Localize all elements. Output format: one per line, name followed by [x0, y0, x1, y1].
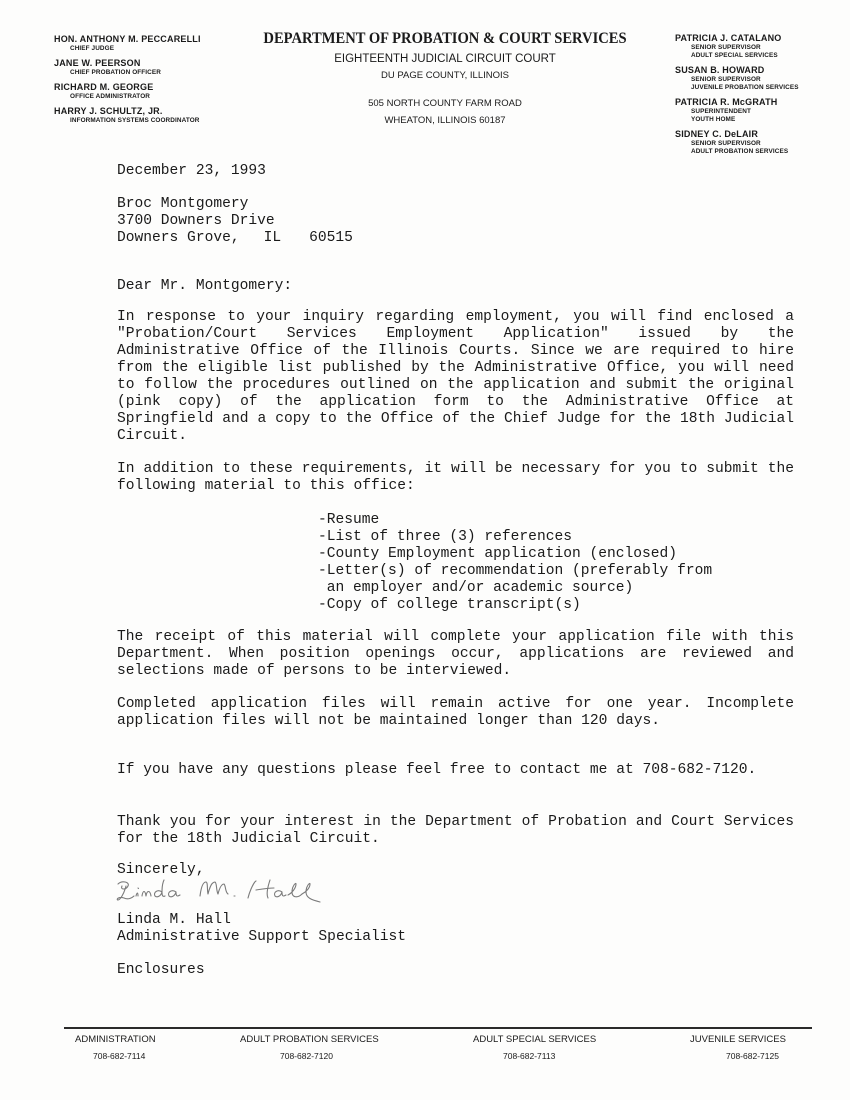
letter-date: December 23, 1993: [117, 163, 794, 180]
recipient-zip: 60515: [309, 230, 353, 246]
official-chief-probation-officer: JANE W. PEERSON CHIEF PROBATION OFFICER: [54, 58, 274, 77]
footer-division: ADMINISTRATION: [75, 1034, 156, 1046]
footer-phone: 708-682-7125: [690, 1050, 786, 1062]
official-adult-special-services: PATRICIA J. CATALANO SENIOR SUPERVISOR A…: [675, 33, 850, 60]
official-juvenile-probation: SUSAN B. HOWARD SENIOR SUPERVISOR JUVENI…: [675, 65, 850, 92]
footer-administration: ADMINISTRATION 708-682-7114: [75, 1034, 156, 1062]
official-division: ADULT SPECIAL SERVICES: [675, 52, 850, 60]
official-chief-judge: HON. ANTHONY M. PECCARELLI CHIEF JUDGE: [54, 34, 274, 53]
list-item: an employer and/or academic source): [318, 580, 712, 597]
footer-division: ADULT SPECIAL SERVICES: [473, 1034, 596, 1046]
footer-phone: 708-682-7113: [473, 1050, 596, 1062]
recipient-address: Broc Montgomery 3700 Downers Drive Downe…: [117, 196, 794, 247]
official-division: JUVENILE PROBATION SERVICES: [675, 84, 850, 92]
list-item: -County Employment application (enclosed…: [318, 546, 712, 563]
paragraph-thanks: Thank you for your interest in the Depar…: [117, 814, 794, 848]
recipient-city-line: Downers Grove,IL60515: [117, 230, 794, 247]
county-name: DU PAGE COUNTY, ILLINOIS: [250, 70, 640, 82]
salutation: Dear Mr. Montgomery:: [117, 278, 794, 295]
official-title: CHIEF PROBATION OFFICER: [54, 69, 274, 77]
official-name: RICHARD M. GEORGE: [54, 82, 274, 93]
requirements-list: -Resume -List of three (3) references -C…: [318, 512, 712, 614]
paragraph-application-instructions: In response to your inquiry regarding em…: [117, 309, 794, 445]
footer-adult-special: ADULT SPECIAL SERVICES 708-682-7113: [473, 1034, 596, 1062]
official-name: PATRICIA R. McGRATH: [675, 97, 850, 108]
official-title: OFFICE ADMINISTRATOR: [54, 93, 274, 101]
footer-juvenile: JUVENILE SERVICES 708-682-7125: [690, 1034, 786, 1062]
official-name: SIDNEY C. DeLAIR: [675, 129, 850, 140]
office-address-city: WHEATON, ILLINOIS 60187: [250, 115, 640, 127]
court-name: EIGHTEENTH JUDICIAL CIRCUIT COURT: [250, 52, 640, 66]
footer-phone: 708-682-7120: [240, 1050, 379, 1062]
footer-divider: [64, 1027, 812, 1029]
official-info-systems-coordinator: HARRY J. SCHULTZ, JR. INFORMATION SYSTEM…: [54, 106, 274, 125]
signer-title: Administrative Support Specialist: [117, 929, 794, 946]
recipient-city: Downers Grove,: [117, 230, 240, 246]
official-name: HON. ANTHONY M. PECCARELLI: [54, 34, 274, 45]
department-name: DEPARTMENT OF PROBATION & COURT SERVICES: [262, 30, 629, 48]
list-item: -Letter(s) of recommendation (preferably…: [318, 563, 712, 580]
official-name: JANE W. PEERSON: [54, 58, 274, 69]
official-name: PATRICIA J. CATALANO: [675, 33, 850, 44]
footer-adult-probation: ADULT PROBATION SERVICES 708-682-7120: [240, 1034, 379, 1062]
recipient-street: 3700 Downers Drive: [117, 213, 794, 230]
list-item: -Copy of college transcript(s): [318, 597, 712, 614]
official-division: ADULT PROBATION SERVICES: [675, 148, 850, 156]
paragraph-additional-requirements: In addition to these requirements, it wi…: [117, 461, 794, 495]
paragraph-receipt: The receipt of this material will comple…: [117, 629, 794, 680]
letterhead-left-officials: HON. ANTHONY M. PECCARELLI CHIEF JUDGE J…: [54, 34, 274, 130]
office-address-street: 505 NORTH COUNTY FARM ROAD: [250, 98, 640, 110]
footer-phone: 708-682-7114: [75, 1050, 156, 1062]
list-item: -Resume: [318, 512, 712, 529]
letterhead-right-officials: PATRICIA J. CATALANO SENIOR SUPERVISOR A…: [675, 33, 850, 161]
signer-name: Linda M. Hall: [117, 912, 794, 929]
list-item: -List of three (3) references: [318, 529, 712, 546]
handwritten-signature: [114, 876, 404, 910]
enclosures-note: Enclosures: [117, 962, 794, 979]
official-division: YOUTH HOME: [675, 116, 850, 124]
official-title: SENIOR SUPERVISOR: [675, 76, 850, 84]
paragraph-file-retention: Completed application files will remain …: [117, 696, 794, 730]
signer-block: Linda M. Hall Administrative Support Spe…: [117, 912, 794, 946]
recipient-name: Broc Montgomery: [117, 196, 794, 213]
official-name: HARRY J. SCHULTZ, JR.: [54, 106, 274, 117]
official-title: SUPERINTENDENT: [675, 108, 850, 116]
official-title: SENIOR SUPERVISOR: [675, 44, 850, 52]
paragraph-contact: If you have any questions please feel fr…: [117, 762, 794, 779]
official-adult-probation: SIDNEY C. DeLAIR SENIOR SUPERVISOR ADULT…: [675, 129, 850, 156]
recipient-state: IL: [264, 230, 282, 246]
official-office-administrator: RICHARD M. GEORGE OFFICE ADMINISTRATOR: [54, 82, 274, 101]
official-title: CHIEF JUDGE: [54, 45, 274, 53]
official-title: SENIOR SUPERVISOR: [675, 140, 850, 148]
official-title: INFORMATION SYSTEMS COORDINATOR: [54, 117, 274, 125]
footer-division: JUVENILE SERVICES: [690, 1034, 786, 1046]
letterhead-center: DEPARTMENT OF PROBATION & COURT SERVICES…: [250, 30, 640, 127]
official-name: SUSAN B. HOWARD: [675, 65, 850, 76]
official-youth-home: PATRICIA R. McGRATH SUPERINTENDENT YOUTH…: [675, 97, 850, 124]
footer-division: ADULT PROBATION SERVICES: [240, 1034, 379, 1046]
